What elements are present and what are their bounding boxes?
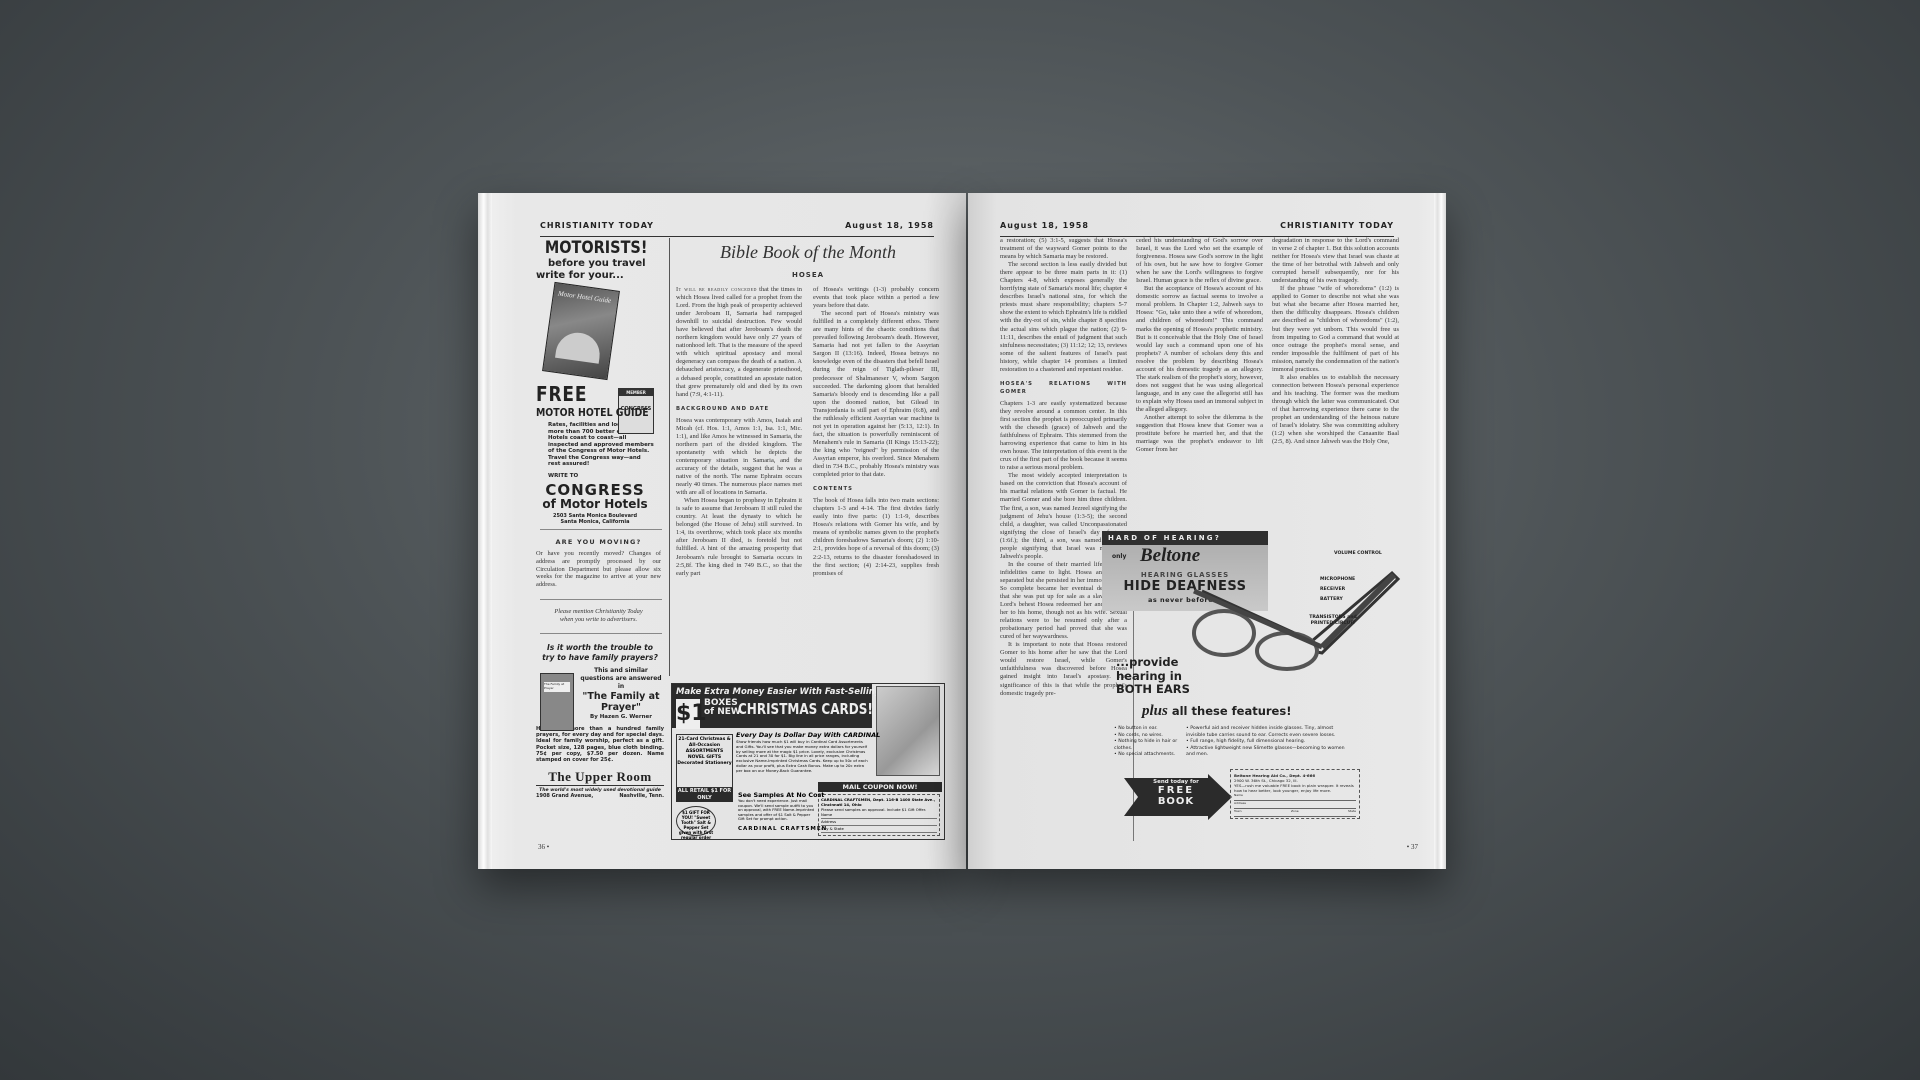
notice-heading: ARE YOU MOVING?	[536, 538, 661, 546]
christmas-card-image	[876, 686, 940, 776]
column-rule	[669, 238, 670, 676]
running-head-right: August 18, 1958 CHRISTIANITY TODAY	[1000, 221, 1394, 237]
coupon-field-town[interactable]: Town Zone State	[1234, 809, 1356, 817]
ad-org-sub: of Motor Hotels	[536, 497, 654, 511]
features-headline: plusall these features!	[1142, 703, 1291, 720]
guide-cover-image: Motor Hotel Guide	[542, 282, 620, 380]
label-transistors: TRANSISTORS and PRINTED CIRCUIT	[1308, 615, 1358, 627]
article-column-2: of Hosea's writings (1-3) probably conce…	[813, 286, 939, 578]
magazine-name: CHRISTIANITY TODAY	[1280, 221, 1394, 230]
page-edge	[1434, 193, 1446, 869]
label-microphone: MICROPHONE	[1320, 577, 1355, 582]
family-prayer-ad: Is it worth the trouble to try to have f…	[536, 643, 664, 799]
book-author: By Hazen G. Werner	[578, 713, 664, 721]
left-page: CHRISTIANITY TODAY August 18, 1958 MOTOR…	[478, 193, 966, 869]
article-title: HOSEA	[678, 271, 938, 279]
coupon-field-name[interactable]: Name	[1234, 793, 1356, 801]
moving-notice: ARE YOU MOVING? Or have you recently mov…	[536, 538, 661, 589]
christmas-cards-ad: Make Extra Money Easier With Fast-Sellin…	[671, 683, 945, 840]
book-cover-image: The Family at Prayer	[540, 673, 574, 731]
retail-price-box: ALL RETAIL $1 FOR ONLY	[676, 788, 733, 802]
issue-date: August 18, 1958	[1000, 221, 1089, 230]
assortments-box: 21-Card Christmas & All-Occasion ASSORTM…	[676, 734, 733, 788]
magazine-name: CHRISTIANITY TODAY	[540, 221, 654, 230]
page-number: 36 •	[538, 843, 549, 851]
section-heading: HOSEA'S RELATIONS WITH GOMER	[1000, 380, 1127, 396]
article-column-4: ceded his understanding of God's sorrow …	[1136, 237, 1263, 454]
article-column-5: degradation in response to the Lord's co…	[1272, 237, 1399, 446]
notice-body: Or have you recently moved? Changes of a…	[536, 550, 661, 589]
divider	[540, 529, 662, 530]
capitol-dome-image	[555, 330, 602, 364]
samples-body: You don't need experience. Just mail cou…	[738, 799, 816, 822]
page-number: • 37	[1407, 843, 1418, 851]
article-kicker: Bible Book of the Month	[678, 242, 938, 263]
ad-subhead: write for your...	[536, 270, 654, 282]
provide-headline: ...provide hearing in BOTH EARS	[1116, 656, 1190, 697]
ad-headline: MOTORISTS!	[545, 238, 645, 258]
beltone-coupon-form[interactable]: Beltone Hearing Aid Co., Dept. 4-666 290…	[1230, 769, 1360, 819]
ad-body: Here are more than a hundred family pray…	[536, 726, 664, 763]
issue-date: August 18, 1958	[845, 221, 934, 230]
ad-product: MOTOR HOTEL GUIDE	[536, 406, 636, 419]
ad-free-label: FREE	[536, 382, 636, 406]
magazine-spread: CHRISTIANITY TODAY August 18, 1958 MOTOR…	[478, 193, 1446, 869]
coupon-field-name[interactable]: Name	[821, 812, 937, 819]
eyeglasses-illustration	[1162, 561, 1402, 671]
ad-answer: This and similar questions are answered …	[578, 667, 664, 691]
coupon-field-address[interactable]: Address	[821, 819, 937, 826]
section-heading: CONTENTS	[813, 485, 939, 493]
coupon-field-address[interactable]: Address	[1234, 801, 1356, 809]
mail-coupon-banner: MAIL COUPON NOW!	[818, 782, 942, 792]
motorists-ad: MOTORISTS! before you travel write for y…	[536, 238, 654, 525]
dollar-day-body: Show friends how much $1 will buy in Car…	[736, 740, 868, 774]
section-heading: BACKGROUND AND DATE	[676, 405, 802, 413]
mail-coupon-form[interactable]: CARDINAL CRAFTSMEN, Dept. 116-B 1400 Sta…	[818, 794, 940, 836]
lead-in: It will be readily conceded	[676, 286, 757, 293]
page-edge	[478, 193, 492, 869]
label-volume-control: VOLUME CONTROL	[1334, 551, 1382, 556]
beltone-ad: HARD OF HEARING? only Beltone HEARING GL…	[1102, 531, 1412, 839]
ad-banner: HARD OF HEARING?	[1102, 531, 1268, 545]
coupon-field-city[interactable]: City & State	[821, 826, 937, 833]
running-head-left: CHRISTIANITY TODAY August 18, 1958	[540, 221, 934, 237]
gift-offer-badge: $1 GIFT FOR YOU! "Sweet Tooth" Salt & Pe…	[676, 806, 716, 836]
publisher-address: 1908 Grand Avenue, Nashville, Tenn.	[536, 793, 664, 799]
divider	[540, 633, 662, 634]
feature-list-left: • No button in ear. • No cords, no wires…	[1114, 726, 1184, 759]
ad-question: Is it worth the trouble to try to have f…	[536, 643, 664, 663]
ad-org: CONGRESS	[536, 481, 654, 499]
book-title: "The Family at Prayer"	[578, 691, 664, 713]
ad-headline: Make Extra Money Easier With Fast-Sellin…	[672, 684, 872, 700]
ad-write-to: WRITE TO	[536, 473, 654, 479]
feature-list-right: • Powerful aid and receiver hidden insid…	[1186, 726, 1346, 759]
advertiser-mention: Please mention Christianity Today when y…	[536, 608, 661, 624]
ad-address: 2503 Santa Monica Boulevard Santa Monica…	[536, 513, 654, 525]
right-page: August 18, 1958 CHRISTIANITY TODAY a res…	[968, 193, 1446, 869]
dollar-day-heading: Every Day Is Dollar Day With CARDINAL	[736, 731, 880, 739]
ad-subhead: before you travel	[536, 258, 654, 270]
company-name: CARDINAL CRAFTSMEN	[738, 826, 827, 832]
article-column-1: It will be readily conceded that the tim…	[676, 286, 802, 578]
free-book-callout: Send today for FREE BOOK	[1140, 779, 1212, 807]
label-receiver: RECEIVER	[1320, 587, 1345, 592]
divider	[540, 599, 662, 600]
publisher-logo: The Upper Room	[536, 769, 664, 786]
label-battery: BATTERY	[1320, 597, 1343, 602]
